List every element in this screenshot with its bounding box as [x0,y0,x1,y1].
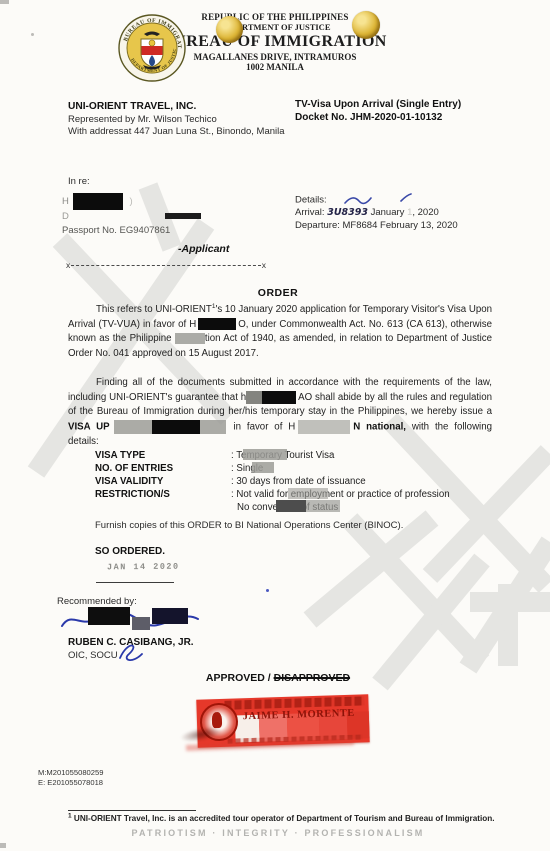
agency-motto: PATRIOTISM · INTEGRITY · PROFESSIONALISM [0,828,550,838]
address-line2: 1002 MANILA [0,62,550,72]
agency-block: UNI-ORIENT TRAVEL, INC. Represented by M… [68,101,285,139]
in-re-label: In re: [68,176,90,189]
pen-loop-icon [116,642,146,666]
applicant-designation: -Applicant [178,243,229,255]
recommending-signature [58,604,208,636]
redaction-box [262,391,296,404]
smudge-box [252,462,274,473]
visa-row-value: : Not valid for employment or practice o… [231,489,450,500]
redaction-box [152,420,200,434]
smudge-box [298,420,350,434]
redaction-box [152,608,188,624]
agency-address: With addressat 447 Juan Luna St., Binond… [68,126,285,139]
applicant-dob-line: D [62,210,201,224]
smudge-box [306,500,340,512]
visa-row: NO. OF ENTRIES: Single [95,462,263,475]
smudge-box [114,420,152,434]
so-ordered-line: SO ORDERED. [95,546,165,557]
date-received-stamp: JAN 14 2020 [107,562,180,573]
approval-separator: / [265,672,274,684]
pen-squiggle-icon [343,193,413,207]
handwritten-flight-number: 3U8393 [327,207,368,218]
visa-row: VISA TYPE: Temporary Tourist Visa [95,449,334,462]
smudge-box [288,488,328,499]
gold-sticker-icon [352,11,380,39]
applicant-identity-block: H ) D Passport No. EG9407861 [62,193,201,238]
scan-artifact [0,843,6,848]
ink-dot [266,589,269,592]
order-paragraph-1: This refers to UNI-ORIENT1's 10 January … [68,303,492,361]
p2-bold-visa: VISA UP [68,421,110,432]
order-paragraph-2: Finding all of the documents submitted i… [68,376,492,450]
agency-name: UNI-ORIENT TRAVEL, INC. [68,101,285,114]
approved-text: APPROVED [206,672,265,684]
department-line: DEPARTMENT OF JUSTICE [0,22,550,32]
redaction-box [73,193,123,210]
separator-x: x [262,260,266,270]
visa-row: RESTRICTION/S: Not valid for employment … [95,488,450,501]
gold-sticker-icon [216,16,243,43]
footnote-body: UNI-ORIENT Travel, Inc. is an accredited… [72,814,495,823]
scan-artifact [0,0,9,4]
order-heading: ORDER [0,287,550,299]
address-line1: MAGALLANES DRIVE, INTRAMUROS [0,52,550,62]
approval-line: APPROVED / DISAPPROVED [0,672,550,684]
smudge-box [246,391,262,404]
redaction-box [88,607,130,625]
document-page: REPUBLIC OF THE PHILIPPINES DEPARTMENT O… [0,0,550,851]
redaction-box [198,318,236,330]
arrival-line: Arrival: 3U8393 January 1, 2020 [295,207,458,220]
smudge-box [175,333,205,344]
visa-row-label: VISA TYPE [95,449,231,462]
docket-number: Docket No. JHM-2020-01-10132 [295,112,461,125]
redaction-box [276,500,306,512]
footnote-text: 1 UNI-ORIENT Travel, Inc. is an accredit… [68,814,528,823]
docket-block: TV-Visa Upon Arrival (Single Entry) Dock… [295,99,461,124]
footnote-rule [68,810,196,811]
disapproved-text-struck: DISAPPROVED [274,672,350,684]
p1-text: This refers to UNI-ORIENT [96,304,212,315]
flight-details-block: Details: Arrival: 3U8393 January 1, 2020… [295,193,458,232]
departure-line: Departure: MF8684 February 13, 2020 [295,220,458,233]
visa-type-title: TV-Visa Upon Arrival (Single Entry) [295,99,461,112]
separator-x: x [66,260,70,270]
passport-number: Passport No. EG9407861 [62,224,201,238]
applicant-name-line: H ) [62,193,201,210]
bureau-of-immigration-seal-icon: BUREAU OF IMMIGRATION DEPARTMENT OF JUST… [117,13,187,83]
furnish-line: Furnish copies of this ORDER to BI Natio… [95,520,403,533]
separator-dashes [71,265,261,266]
smudge-box [243,449,287,460]
reference-codes: M:M201055080259 E: E201055078018 [38,768,103,788]
letterhead: REPUBLIC OF THE PHILIPPINES DEPARTMENT O… [0,12,550,72]
bureau-title: BUREAU OF IMMIGRATION [0,33,550,51]
p2-text: in favor of H [228,421,296,432]
visa-row-label: NO. OF ENTRIES [95,462,231,475]
signature-line [96,582,174,583]
faint-parenthesis: ) [130,196,147,207]
signatory-title: OIC, SOCU [68,650,118,663]
e-code: E: E201055078018 [38,778,103,788]
visa-row-value: : 30 days from date of issuance [231,476,366,487]
smudge-box [200,420,226,434]
visa-row-label: VISA VALIDITY [95,475,231,488]
visa-row-label: RESTRICTION/S [95,488,231,501]
republic-line: REPUBLIC OF THE PHILIPPINES [0,12,550,22]
redaction-box [132,617,150,630]
details-label-line: Details: [295,193,458,207]
redaction-box [165,213,201,219]
visa-row: VISA VALIDITY: 30 days from date of issu… [95,475,366,488]
agency-representative: Represented by Mr. Wilson Techico [68,114,285,127]
p2-bold-national: N national, [353,421,406,432]
m-code: M:M201055080259 [38,768,103,778]
case-separator: xx [66,260,266,270]
